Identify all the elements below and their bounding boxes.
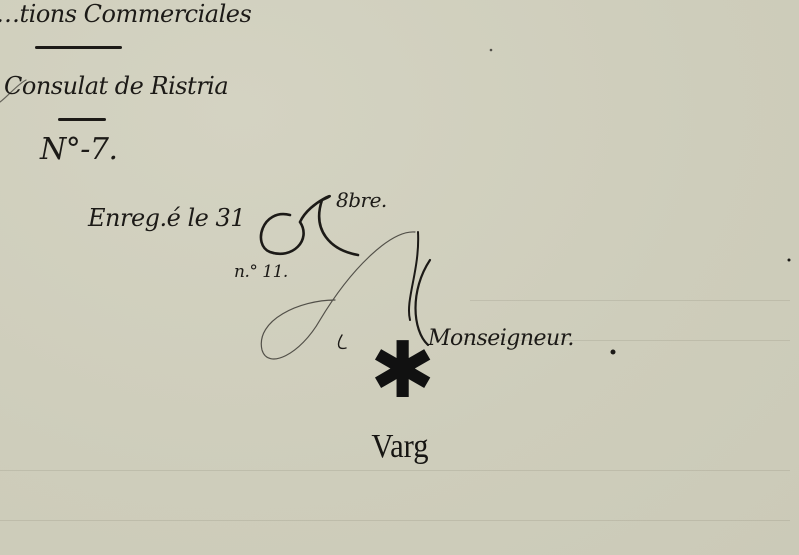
- asterisk-icon: ✱: [370, 340, 428, 402]
- annotation-label: Varg: [346, 428, 454, 466]
- calligraphy-flourishes: [0, 0, 799, 555]
- document-scan: …tions Commerciales Consulat de Ristria …: [0, 0, 799, 555]
